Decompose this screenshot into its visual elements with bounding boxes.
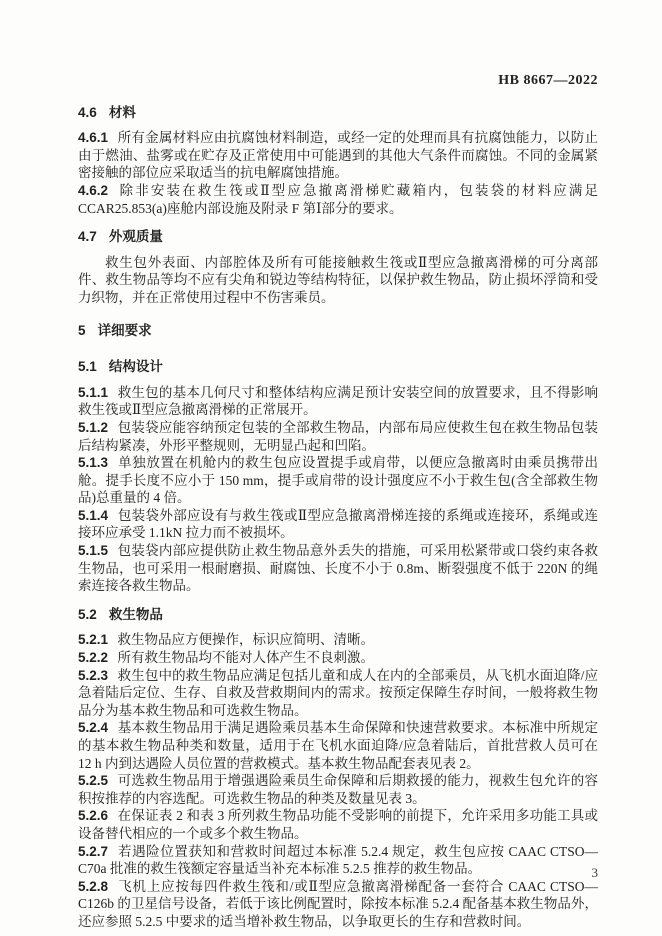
- clause-5-2-5: 5.2.5可选救生物品用于增强遇险乘员生命保障和后期救援的能力，视救生包允许的容…: [78, 772, 598, 807]
- clause-text: 飞机上应按每四件救生筏和/或Ⅱ型应急撤离滑梯配备一套符合 CAAC CTSO—C…: [78, 879, 598, 929]
- section-heading-5-1: 5.1结构设计: [78, 358, 598, 376]
- clause-5-2-7: 5.2.7若遇险位置获知和营救时间超过本标准 5.2.4 规定，救生包应按 CA…: [78, 843, 598, 878]
- clause-5-2-1: 5.2.1救生物品应方便操作，标识应简明、清晰。: [78, 631, 598, 649]
- page-number: 3: [592, 864, 599, 882]
- section-number: 4.7: [78, 229, 97, 244]
- section-title: 详细要求: [98, 323, 152, 338]
- section-title: 材料: [109, 105, 136, 120]
- clause-text: 救生包的基本几何尺寸和整体结构应满足预计安装空间的放置要求，且不得影响救生筏或Ⅱ…: [78, 385, 598, 418]
- clause-5-1-2: 5.1.2包装袋应能容纳预定包装的全部救生物品，内部布局应使救生包在救生物品包装…: [78, 419, 598, 454]
- clause-text: 包装袋内部应提供防止救生物品意外丢失的措施，可采用松紧带或口袋约束各救生物品，也…: [78, 543, 598, 593]
- section-number: 5.2: [78, 607, 97, 622]
- section-heading-4-7: 4.7外观质量: [78, 228, 598, 246]
- clause-text: 包装袋外部应设有与救生筏或Ⅱ型应急撤离滑梯连接的系绳或连接环，系绳或连接环应承受…: [78, 508, 598, 541]
- clause-4-6-1: 4.6.1所有金属材料应由抗腐蚀材料制造，或经一定的处理而具有抗腐蚀能力，以防止…: [78, 129, 598, 182]
- clause-text: 可选救生物品用于增强遇险乘员生命保障和后期救援的能力，视救生包允许的容积按推荐的…: [78, 773, 598, 806]
- section-title: 救生物品: [109, 607, 163, 622]
- clause-5-2-3: 5.2.3救生包中的救生物品应满足包括儿童和成人在内的全部乘员，从飞机水面迫降/…: [78, 667, 598, 720]
- page-content: HB 8667—2022 4.6材料4.6.1所有金属材料应由抗腐蚀材料制造，或…: [78, 72, 598, 931]
- body-paragraph: 救生包外表面、内部腔体及所有可能接触救生筏或Ⅱ型应急撤离滑梯的可分离部件、救生物…: [78, 254, 598, 307]
- clause-number: 5.2.5: [78, 773, 108, 788]
- standard-number-header: HB 8667—2022: [78, 72, 598, 90]
- section-heading-5: 5详细要求: [78, 322, 598, 340]
- section-number: 5.1: [78, 359, 97, 374]
- clause-number: 5.2.1: [78, 632, 108, 647]
- clause-number: 5.1.1: [78, 385, 108, 400]
- document-body: 4.6材料4.6.1所有金属材料应由抗腐蚀材料制造，或经一定的处理而具有抗腐蚀能…: [78, 104, 598, 931]
- section-number: 5: [78, 323, 86, 338]
- clause-text: 若遇险位置获知和营救时间超过本标准 5.2.4 规定，救生包应按 CAAC CT…: [78, 844, 598, 877]
- clause-5-2-8: 5.2.8飞机上应按每四件救生筏和/或Ⅱ型应急撤离滑梯配备一套符合 CAAC C…: [78, 878, 598, 931]
- clause-5-1-4: 5.1.4包装袋外部应设有与救生筏或Ⅱ型应急撤离滑梯连接的系绳或连接环，系绳或连…: [78, 507, 598, 542]
- clause-5-1-1: 5.1.1救生包的基本几何尺寸和整体结构应满足预计安装空间的放置要求，且不得影响…: [78, 384, 598, 419]
- clause-text: 所有金属材料应由抗腐蚀材料制造，或经一定的处理而具有抗腐蚀能力，以防止由于燃油、…: [78, 130, 598, 180]
- clause-number: 5.2.3: [78, 668, 108, 683]
- clause-5-2-2: 5.2.2所有救生物品均不能对人体产生不良刺激。: [78, 649, 598, 667]
- section-title: 结构设计: [109, 359, 163, 374]
- clause-number: 5.2.2: [78, 650, 108, 665]
- document-page: HB 8667—2022 4.6材料4.6.1所有金属材料应由抗腐蚀材料制造，或…: [0, 0, 662, 936]
- clause-text: 救生包中的救生物品应满足包括儿童和成人在内的全部乘员，从飞机水面迫降/应急着陆后…: [78, 668, 598, 718]
- clause-number: 5.1.2: [78, 420, 108, 435]
- clause-text: 除非安装在救生筏或Ⅱ型应急撤离滑梯贮藏箱内，包装袋的材料应满足 CCAR25.8…: [78, 183, 598, 216]
- clause-5-1-3: 5.1.3单独放置在机舱内的救生包应设置提手或肩带，以便应急撤离时由乘员携带出舱…: [78, 454, 598, 507]
- clause-text: 在保证表 2 和表 3 所列救生物品功能不受影响的前提下，允许采用多功能工具或设…: [78, 808, 598, 841]
- section-number: 4.6: [78, 105, 97, 120]
- section-title: 外观质量: [109, 229, 163, 244]
- clause-number: 5.2.4: [78, 720, 108, 735]
- clause-text: 救生物品应方便操作，标识应简明、清晰。: [117, 632, 374, 647]
- clause-number: 5.1.3: [78, 455, 108, 470]
- clause-text: 基本救生物品用于满足遇险乘员基本生命保障和快速营救要求。本标准中所规定的基本救生…: [78, 720, 598, 770]
- clause-number: 5.2.8: [78, 879, 108, 894]
- clause-number: 5.2.6: [78, 808, 108, 823]
- clause-4-6-2: 4.6.2除非安装在救生筏或Ⅱ型应急撤离滑梯贮藏箱内，包装袋的材料应满足 CCA…: [78, 182, 598, 217]
- section-heading-5-2: 5.2救生物品: [78, 606, 598, 624]
- clause-5-2-4: 5.2.4基本救生物品用于满足遇险乘员基本生命保障和快速营救要求。本标准中所规定…: [78, 719, 598, 772]
- section-heading-4-6: 4.6材料: [78, 104, 598, 122]
- clause-text: 所有救生物品均不能对人体产生不良刺激。: [117, 650, 374, 665]
- clause-number: 5.1.4: [78, 508, 108, 523]
- clause-number: 4.6.1: [78, 130, 108, 145]
- clause-number: 4.6.2: [78, 183, 108, 198]
- clause-5-2-6: 5.2.6在保证表 2 和表 3 所列救生物品功能不受影响的前提下，允许采用多功…: [78, 807, 598, 842]
- clause-text: 单独放置在机舱内的救生包应设置提手或肩带，以便应急撤离时由乘员携带出舱。提手长度…: [78, 455, 598, 505]
- clause-text: 包装袋应能容纳预定包装的全部救生物品，内部布局应使救生包在救生物品包装后结构紧凑…: [78, 420, 598, 453]
- clause-number: 5.2.7: [78, 844, 108, 859]
- clause-number: 5.1.5: [78, 543, 108, 558]
- clause-5-1-5: 5.1.5包装袋内部应提供防止救生物品意外丢失的措施，可采用松紧带或口袋约束各救…: [78, 542, 598, 595]
